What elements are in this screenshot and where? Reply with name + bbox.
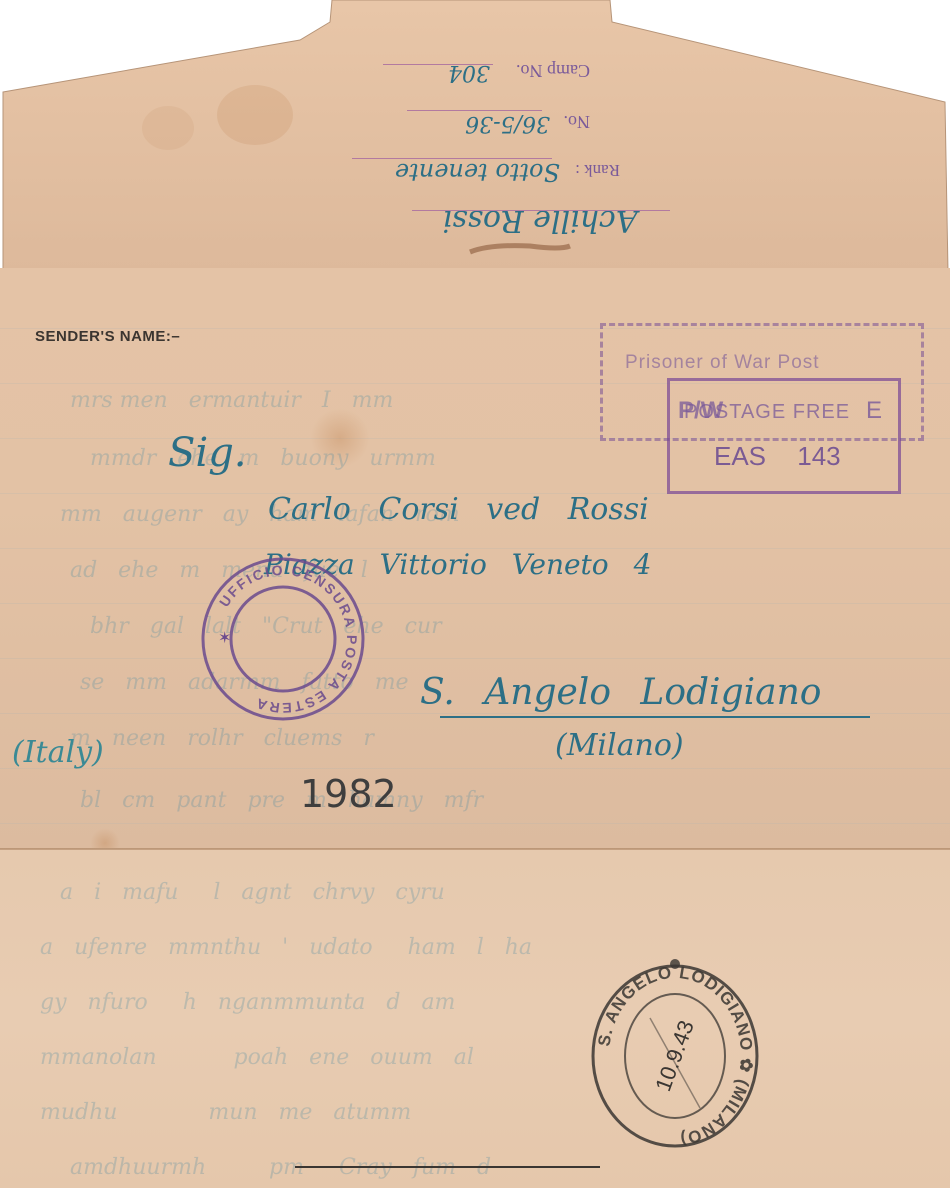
rank-underline [352, 158, 552, 159]
rank-value: Sotto tenente [395, 158, 560, 186]
signature-underline [412, 210, 670, 211]
number-label: No. [564, 111, 591, 132]
pow-post-text: Prisoner of War Post [625, 352, 820, 374]
postage-free-suffix: E [866, 397, 882, 425]
postage-free-text: POSTAGE FREE [684, 401, 850, 424]
number-underline [407, 110, 542, 111]
address-town: S. Angelo Lodigiano [420, 672, 821, 713]
flap-sender-signature: Achille Rossi [400, 203, 680, 238]
pencil-number: 1982 [300, 772, 397, 816]
flap-camp-field: Camp No. 304 [380, 55, 600, 85]
postmark-date: 10.9.43 [650, 1017, 699, 1095]
star-icon: ✶ [218, 630, 231, 647]
camp-label: Camp No. [516, 60, 590, 81]
number-value: 36/5-36 [465, 111, 550, 136]
signature-line [295, 1166, 600, 1168]
address-country: (Italy) [12, 735, 104, 770]
postmark-stamp: S. ANGELO LODIGIANO ✿ (MILANO) 10.9.43 [580, 958, 780, 1148]
rank-label: Rank : [575, 160, 620, 180]
examiner-number: EAS 143 [714, 441, 841, 472]
censor-ring-text: UFFICIO CENSURA POSTA ESTERA [216, 562, 360, 716]
letter-back-panel: a i mafu l agnt chrvy cyru a ufenre mmnt… [0, 850, 950, 1188]
censor-stamp: UFFICIO CENSURA POSTA ESTERA ✶ [198, 553, 368, 725]
svg-text:UFFICIO CENSURA POSTA ESTERA: UFFICIO CENSURA POSTA ESTERA [216, 562, 360, 716]
address-province: (Milano) [555, 728, 684, 763]
postage-free-stamp: P/W POSTAGE FREE E EAS 143 [667, 378, 901, 494]
sender-name-label: SENDER'S NAME:– [35, 328, 180, 345]
town-underline [440, 716, 870, 718]
address-name: Carlo Corsi ved Rossi [268, 492, 649, 527]
camp-underline [383, 64, 493, 65]
address-salutation: Sig. [168, 430, 247, 476]
